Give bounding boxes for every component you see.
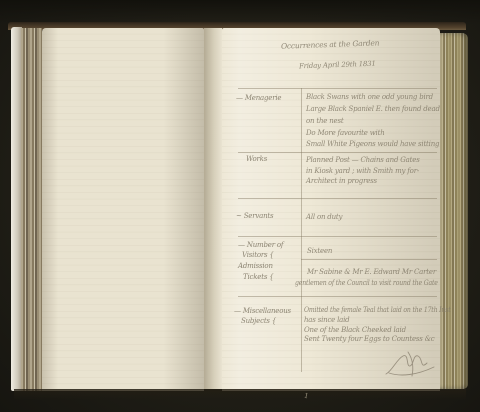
entry-line: Do More favourite with <box>306 129 385 137</box>
section-label-works: Works <box>246 155 267 163</box>
left-page <box>42 28 204 391</box>
section-label-visitors-4: Tickets { <box>243 273 274 281</box>
entry-line: Planned Post — Chains and Gates <box>306 156 420 164</box>
gutter-shadow <box>204 28 222 389</box>
entry-line: Large Black Spaniel E. then found dead <box>306 105 440 113</box>
entry-line: Black Swans with one odd young bird <box>306 93 433 101</box>
ledger-rule-menagerie-works <box>238 152 437 153</box>
book-bottom-shadow <box>14 389 466 401</box>
fore-edge-page-stack <box>440 33 468 389</box>
ledger-rule-visitors-misc <box>238 296 437 297</box>
section-label-servants: ~ Servants <box>236 212 273 220</box>
entry-line: gentlemen of the Council to visit round … <box>295 279 438 287</box>
visitor-count: Sixteen <box>307 247 332 255</box>
entry-line: on the nest <box>306 117 344 125</box>
section-label-visitors-1: — Number of <box>238 241 283 249</box>
signature-flourish <box>384 350 436 380</box>
ledger-column-divider <box>301 88 302 372</box>
section-label-misc-1: — Miscellaneous <box>234 307 291 315</box>
spine-page-stack <box>21 28 42 391</box>
section-label-misc-2: Subjects { <box>241 317 276 325</box>
entry-line: Mr Sabine & Mr E. Edward Mr Carter <box>307 268 436 276</box>
entry-line: One of the Black Cheeked laid <box>304 326 406 334</box>
section-label-menagerie: — Menagerie <box>236 94 281 102</box>
entry-line: Small White Pigeons would have sitting <box>306 140 439 148</box>
ledger-rule-servants-visitors <box>238 236 437 237</box>
background-vignette <box>0 0 480 24</box>
entry-line: Sent Twenty four Eggs to Countess &c <box>304 335 434 343</box>
ledger-rule-visitors-sub <box>301 259 437 260</box>
entry-line: in Kiosk yard ; with Smith my for- <box>306 167 419 175</box>
ledger-rule-works-servants <box>238 198 437 199</box>
entry-line: All on duty <box>306 213 342 221</box>
entry-line: has since laid <box>304 316 349 324</box>
entry-line: Architect in progress <box>306 177 377 185</box>
entry-line: Omitted the female Teal that laid on the… <box>304 306 451 314</box>
section-label-visitors-3: Admission <box>238 262 273 270</box>
ledger-rule-top <box>238 88 437 89</box>
section-label-visitors-2: Visitors { <box>242 251 274 259</box>
book-photo: Occurrences at the Garden Friday April 2… <box>0 0 480 412</box>
